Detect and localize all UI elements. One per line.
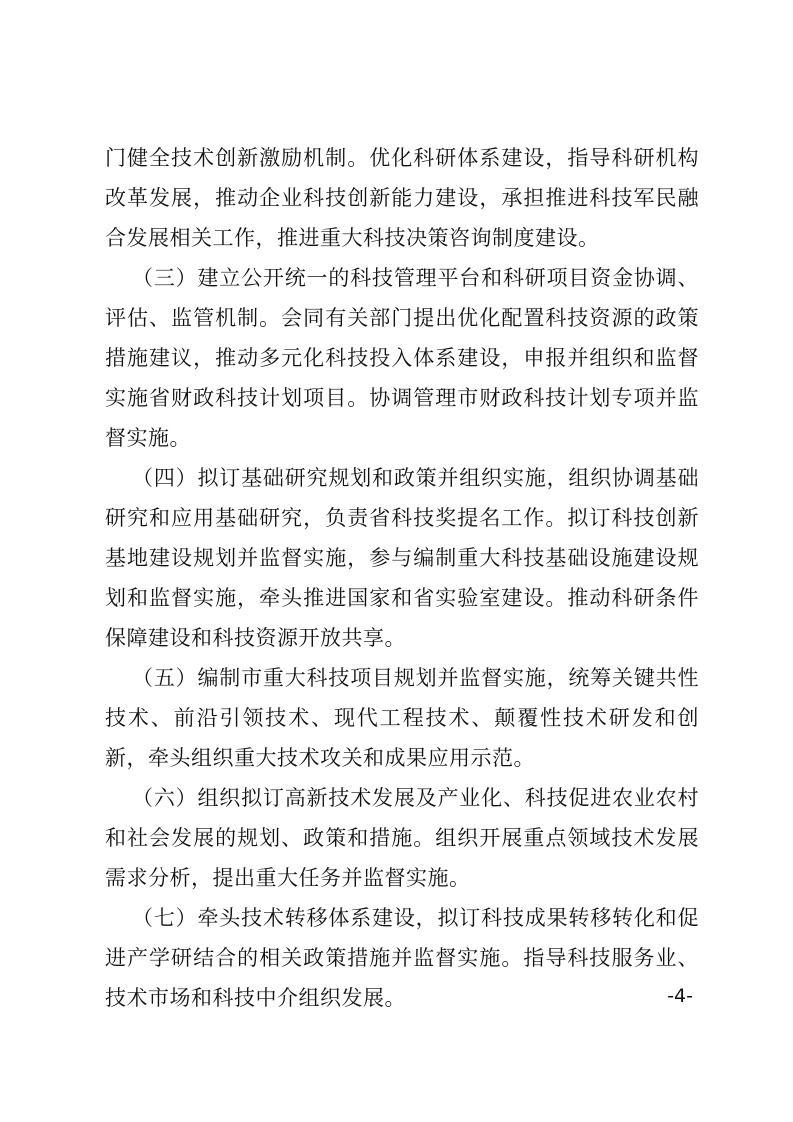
paragraph-item-7: （七）牵头技术转移体系建设，拟订科技成果转移转化和促进产学研结合的相关政策措施并…	[105, 898, 699, 1018]
paragraph-item-3: （三）建立公开统一的科技管理平台和科研项目资金协调、评估、监管机制。会同有关部门…	[105, 258, 699, 458]
paragraph-item-4: （四）拟订基础研究规划和政策并组织实施，组织协调基础研究和应用基础研究，负责省科…	[105, 458, 699, 658]
document-page: 门健全技术创新激励机制。优化科研体系建设，指导科研机构改革发展，推动企业科技创新…	[0, 0, 793, 1122]
document-body: 门健全技术创新激励机制。优化科研体系建设，指导科研机构改革发展，推动企业科技创新…	[105, 138, 699, 1018]
paragraph-item-5: （五）编制市重大科技项目规划并监督实施，统筹关键共性技术、前沿引领技术、现代工程…	[105, 658, 699, 778]
paragraph-continuation: 门健全技术创新激励机制。优化科研体系建设，指导科研机构改革发展，推动企业科技创新…	[105, 138, 699, 258]
page-number: -4-	[667, 984, 693, 1008]
paragraph-item-6: （六）组织拟订高新技术发展及产业化、科技促进农业农村和社会发展的规划、政策和措施…	[105, 778, 699, 898]
